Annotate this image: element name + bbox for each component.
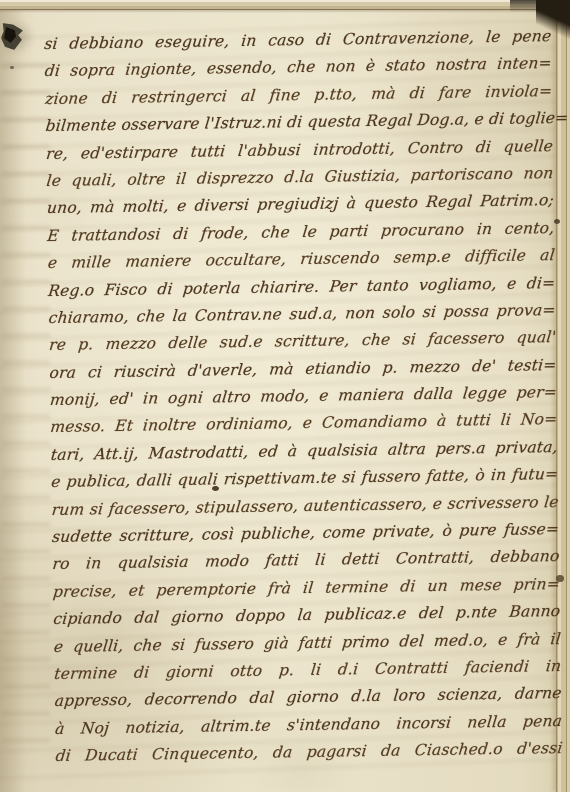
gutter-shadow: [0, 0, 26, 792]
page-edge-top: [0, 0, 570, 10]
page-edge-top-seam: [0, 10, 570, 13]
ink-speck: [10, 66, 14, 69]
manuscript-scan: si debbiano eseguire, in caso di Contrav…: [0, 0, 570, 792]
manuscript-lines: si debbiano eseguire, in caso di Contrav…: [44, 23, 563, 783]
